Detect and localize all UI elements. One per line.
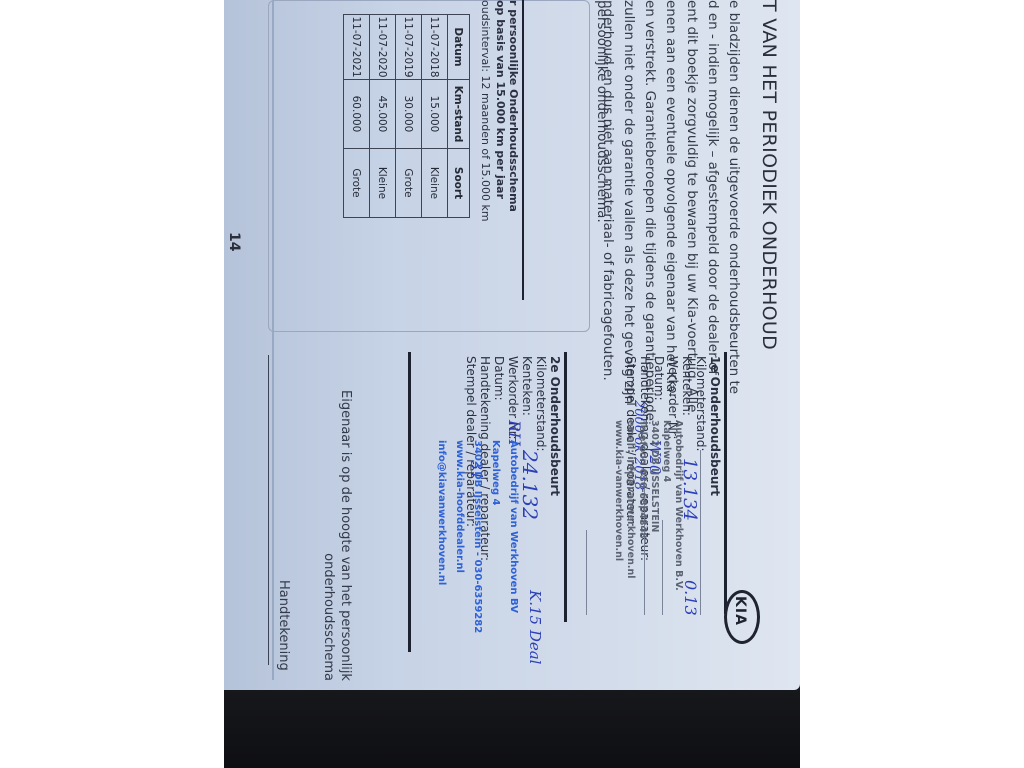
- service1-heading: 1e Onderhoudsbeurt: [708, 356, 722, 561]
- owner-signature-line: [268, 355, 269, 665]
- field-line: [586, 530, 587, 615]
- schedule-title: r persoonlijke Onderhoudsschema op basis…: [494, 0, 520, 212]
- owner-ack: Eigenaar is op de hoogte van het persoon…: [320, 390, 354, 681]
- service1-dealer-stamp: Autobedrijf van Werkhoven B.V. Kapelweg …: [612, 420, 684, 591]
- field-line: [700, 450, 701, 615]
- table-row: 11-07-2020 45.000 Kleine: [370, 15, 396, 218]
- owner-signature-label: Handtekening: [273, 580, 294, 671]
- section-title: T VAN HET PERIODIEK ONDERHOUD: [758, 0, 780, 350]
- service1-top-rule: [724, 352, 727, 614]
- booklet-page: T VAN HET PERIODIEK ONDERHOUD e bladzijd…: [224, 0, 800, 690]
- schedule-table-wrap: Datum Km-stand Soort 11-07-2018 15.000 K…: [343, 14, 470, 218]
- service2-heading: 2e Onderhoudsbeurt: [548, 356, 562, 561]
- photo: T VAN HET PERIODIEK ONDERHOUD e bladzijd…: [224, 0, 800, 768]
- table-row: 11-07-2021 60.000 Grote: [344, 15, 370, 218]
- table-row: 11-07-2019 30.000 Grote: [396, 15, 422, 218]
- col-header-soort: Soort: [448, 149, 470, 218]
- service2-bottom-rule: [408, 352, 411, 652]
- schedule-table: Datum Km-stand Soort 11-07-2018 15.000 K…: [343, 14, 470, 218]
- schedule-interval: oudsinterval: 12 maanden of 15.000 km: [479, 0, 492, 222]
- page-number: 14: [226, 232, 242, 251]
- intro-tail: persoonlijke onderhoudsschema.: [591, 0, 612, 223]
- schedule-rule: [522, 0, 524, 300]
- service2-note-handwritten: K.15 Deal: [526, 590, 544, 664]
- table-row: 11-07-2018 15.000 Kleine: [422, 15, 448, 218]
- service2-dealer-stamp: Autobedrijf van Werkhoven BV Kapelweg 4 …: [432, 440, 522, 633]
- service2-top-rule: [564, 352, 567, 622]
- col-header-km: Km-stand: [448, 80, 470, 149]
- col-header-datum: Datum: [448, 15, 470, 80]
- kia-logo: KIA: [724, 590, 760, 644]
